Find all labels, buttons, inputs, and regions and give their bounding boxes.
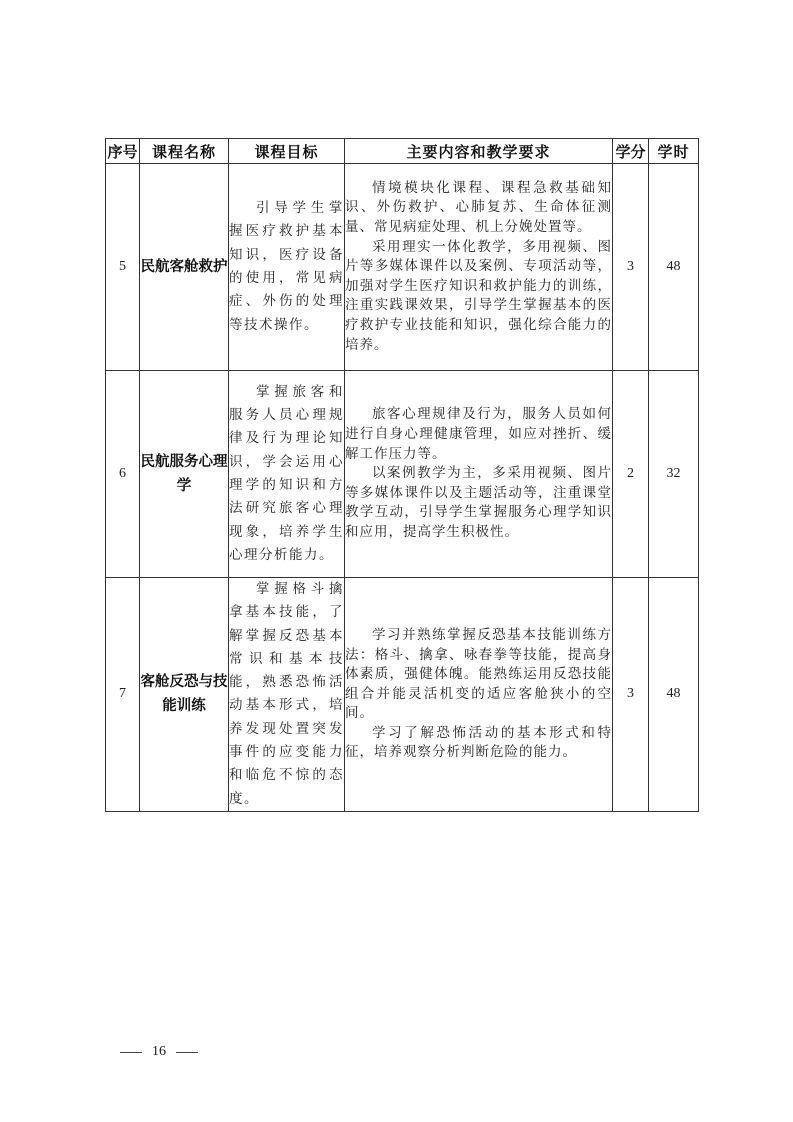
page-number: 16 xyxy=(152,1044,166,1060)
goal-text: 掌握旅客和服务人员心理规律及行为理论知识，学会运用心理学的知识和方法研究旅客心理… xyxy=(229,381,344,567)
header-hours: 学时 xyxy=(649,139,699,164)
table-row: 6 民航服务心理学 掌握旅客和服务人员心理规律及行为理论知识，学会运用心理学的知… xyxy=(106,371,699,578)
content-paragraph: 旅客心理规律及行为，服务人员如何进行自身心理健康管理，如应对挫折、缓解工作压力等… xyxy=(345,405,612,464)
row-number: 5 xyxy=(106,164,140,371)
page-footer: 16 xyxy=(120,1044,198,1060)
content-paragraph: 学习并熟练掌握反恐基本技能训练方法：格斗、擒拿、咏春拳等技能，提高身体素质，强健… xyxy=(345,626,612,724)
course-content: 旅客心理规律及行为，服务人员如何进行自身心理健康管理，如应对挫折、缓解工作压力等… xyxy=(345,371,613,578)
content-paragraph: 学习了解恐怖活动的基本形式和特征，培养观察分析判断危险的能力。 xyxy=(345,724,612,763)
content-paragraph: 采用理实一体化教学，多用视频、图片等多媒体课件以及案例、专项活动等，加强对学生医… xyxy=(345,238,612,356)
course-name: 民航客舱救护 xyxy=(140,164,229,371)
course-credit: 2 xyxy=(613,371,649,578)
table-row: 7 客舱反恐与技能训练 掌握格斗擒拿基本技能，了解掌握反恐基本常识和基本技能，熟… xyxy=(106,578,699,812)
header-number: 序号 xyxy=(106,139,140,164)
header-course-name: 课程名称 xyxy=(140,139,229,164)
course-goal: 掌握格斗擒拿基本技能，了解掌握反恐基本常识和基本技能，熟悉恐怖活动基本形式，培养… xyxy=(229,578,345,812)
row-number: 7 xyxy=(106,578,140,812)
content-paragraph: 以案例教学为主，多采用视频、图片等多媒体课件以及主题活动等，注重课堂教学互动，引… xyxy=(345,464,612,542)
content-paragraph: 情境模块化课程、课程急救基础知识、外伤救护、心肺复苏、生命体征测量、常见病症处理… xyxy=(345,179,612,238)
course-content: 情境模块化课程、课程急救基础知识、外伤救护、心肺复苏、生命体征测量、常见病症处理… xyxy=(345,164,613,371)
table-row: 5 民航客舱救护 引导学生掌握医疗救护基本知识，医疗设备的使用，常见病症、外伤的… xyxy=(106,164,699,371)
header-course-goal: 课程目标 xyxy=(229,139,345,164)
course-credit: 3 xyxy=(613,164,649,371)
course-hours: 48 xyxy=(649,578,699,812)
right-dash xyxy=(176,1052,198,1053)
row-number: 6 xyxy=(106,371,140,578)
table-header-row: 序号 课程名称 课程目标 主要内容和教学要求 学分 学时 xyxy=(106,139,699,164)
header-content: 主要内容和教学要求 xyxy=(345,139,613,164)
course-content: 学习并熟练掌握反恐基本技能训练方法：格斗、擒拿、咏春拳等技能，提高身体素质，强健… xyxy=(345,578,613,812)
course-credit: 3 xyxy=(613,578,649,812)
course-hours: 32 xyxy=(649,371,699,578)
header-credit: 学分 xyxy=(613,139,649,164)
course-table: 序号 课程名称 课程目标 主要内容和教学要求 学分 学时 5 民航客舱救护 引导… xyxy=(105,138,699,812)
goal-text: 引导学生掌握医疗救护基本知识，医疗设备的使用，常见病症、外伤的处理等技术操作。 xyxy=(229,197,344,337)
goal-text: 掌握格斗擒拿基本技能，了解掌握反恐基本常识和基本技能，熟悉恐怖活动基本形式，培养… xyxy=(229,578,344,811)
course-hours: 48 xyxy=(649,164,699,371)
course-goal: 引导学生掌握医疗救护基本知识，医疗设备的使用，常见病症、外伤的处理等技术操作。 xyxy=(229,164,345,371)
course-name: 客舱反恐与技能训练 xyxy=(140,578,229,812)
course-goal: 掌握旅客和服务人员心理规律及行为理论知识，学会运用心理学的知识和方法研究旅客心理… xyxy=(229,371,345,578)
course-name: 民航服务心理学 xyxy=(140,371,229,578)
left-dash xyxy=(120,1052,142,1053)
